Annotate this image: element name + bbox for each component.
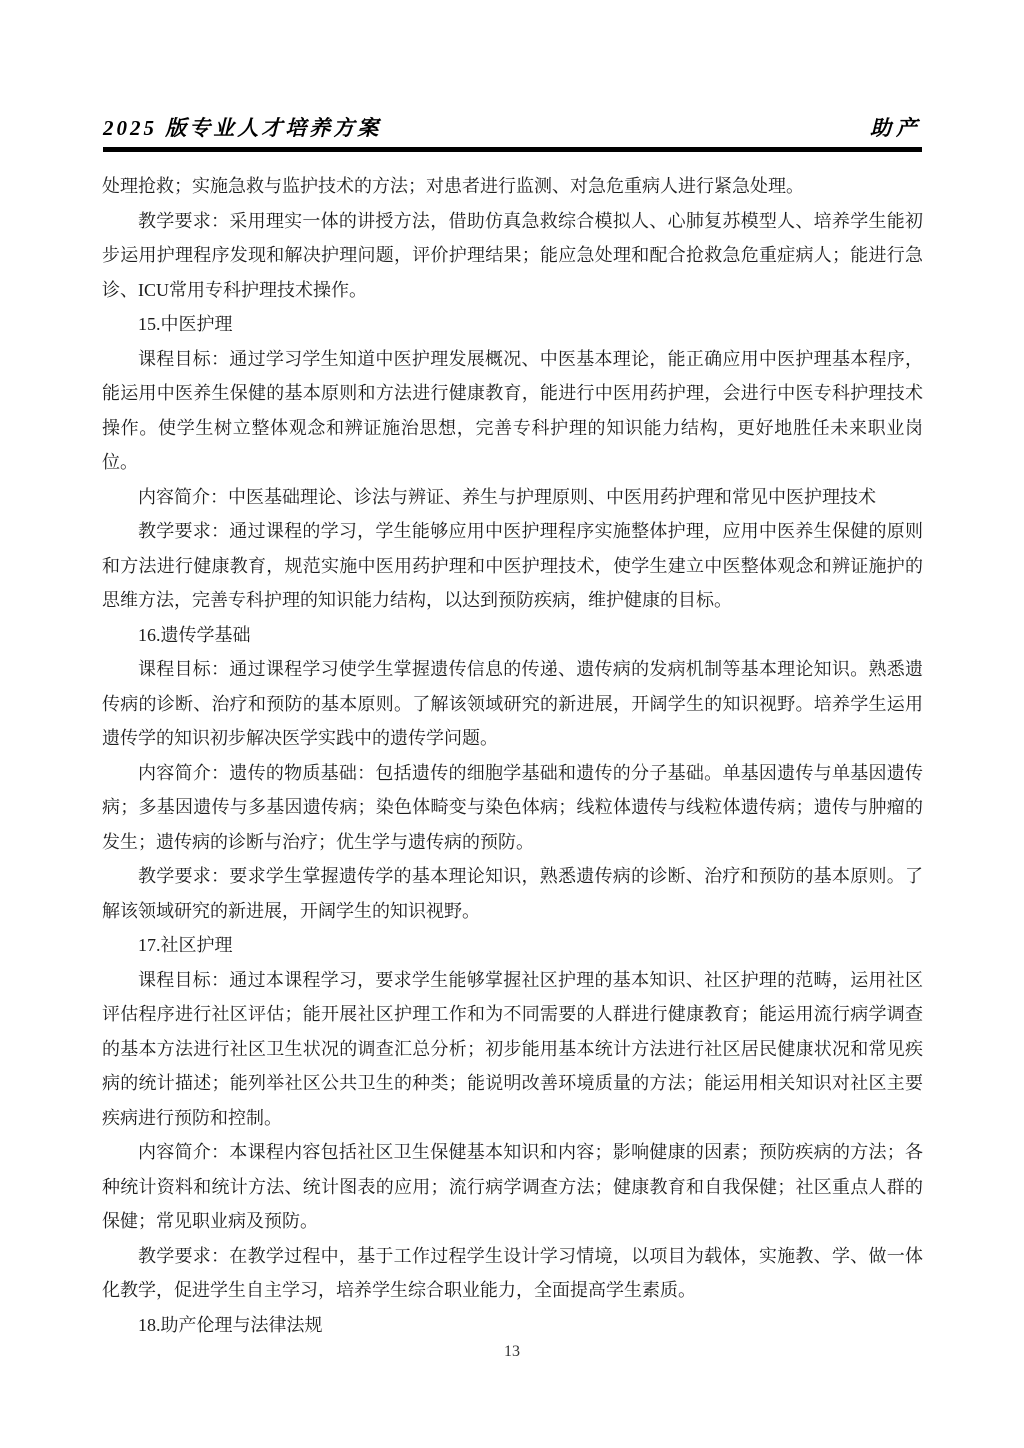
document-page: 2025 版专业人才培养方案 助产 处理抢救；实施急救与监护技术的方法；对患者进…: [0, 0, 1024, 1448]
document-body: 处理抢救；实施急救与监护技术的方法；对患者进行监测、对急危重病人进行紧急处理。 …: [102, 169, 923, 1342]
page-header: 2025 版专业人才培养方案 助产: [103, 112, 922, 142]
paragraph-teaching-requirement-community: 教学要求：在教学过程中，基于工作过程学生设计学习情境，以项目为载体，实施教、学、…: [102, 1239, 923, 1308]
header-major-name: 助产: [870, 112, 922, 142]
course-heading-18-midwifery-ethics-law: 18.助产伦理与法律法规: [102, 1308, 923, 1343]
paragraph-content-intro-tcm: 内容简介：中医基础理论、诊法与辨证、养生与护理原则、中医用药护理和常见中医护理技…: [102, 480, 923, 515]
course-heading-17-community-nursing: 17.社区护理: [102, 928, 923, 963]
paragraph-teaching-requirement-tcm: 教学要求：通过课程的学习，学生能够应用中医护理程序实施整体护理，应用中医养生保健…: [102, 514, 923, 618]
paragraph-content-intro-genetics: 内容简介：遗传的物质基础：包括遗传的细胞学基础和遗传的分子基础。单基因遗传与单基…: [102, 756, 923, 860]
header-program-title: 2025 版专业人才培养方案: [103, 112, 381, 142]
header-double-rule: [103, 147, 922, 152]
paragraph-content-intro-community: 内容简介：本课程内容包括社区卫生保健基本知识和内容；影响健康的因素；预防疾病的方…: [102, 1135, 923, 1239]
page-footer: 13: [0, 1343, 1024, 1361]
paragraph-course-objective-tcm: 课程目标：通过学习学生知道中医护理发展概况、中医基本理论，能正确应用中医护理基本…: [102, 342, 923, 480]
paragraph-course-objective-community: 课程目标：通过本课程学习，要求学生能够掌握社区护理的基本知识、社区护理的范畴，运…: [102, 963, 923, 1136]
paragraph-course-objective-genetics: 课程目标：通过课程学习使学生掌握遗传信息的传递、遗传病的发病机制等基本理论知识。…: [102, 652, 923, 756]
course-heading-15-tcm-nursing: 15.中医护理: [102, 307, 923, 342]
paragraph-teaching-requirement-emergency: 教学要求：采用理实一体的讲授方法，借助仿真急救综合模拟人、心肺复苏模型人、培养学…: [102, 204, 923, 308]
course-heading-16-genetics: 16.遗传学基础: [102, 618, 923, 653]
paragraph-emergency-care-continuation: 处理抢救；实施急救与监护技术的方法；对患者进行监测、对急危重病人进行紧急处理。: [102, 169, 923, 204]
paragraph-teaching-requirement-genetics: 教学要求：要求学生掌握遗传学的基本理论知识，熟悉遗传病的诊断、治疗和预防的基本原…: [102, 859, 923, 928]
page-number: 13: [504, 1343, 520, 1360]
